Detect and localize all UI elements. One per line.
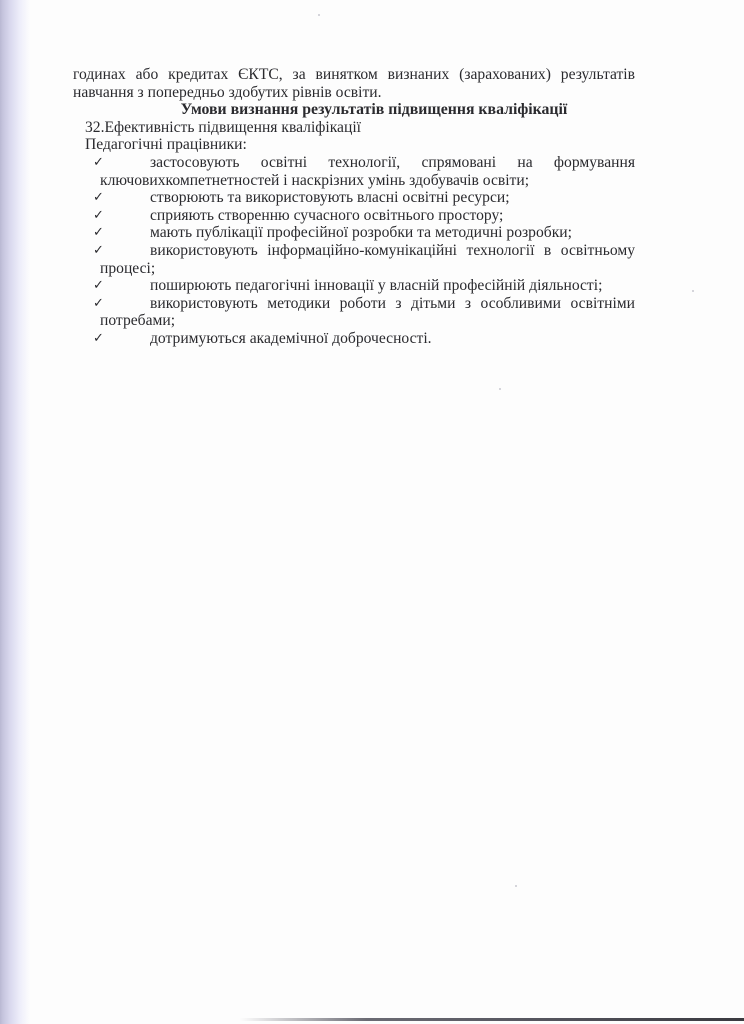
- checkmark-icon: ✓: [93, 295, 104, 313]
- checkmark-icon: ✓: [93, 154, 104, 172]
- checkmark-icon: ✓: [93, 277, 104, 295]
- list-item: ✓сприяють створенню сучасного освітнього…: [73, 207, 635, 225]
- list-item: ✓створюють та використовують власні осві…: [73, 189, 635, 207]
- checkmark-icon: ✓: [93, 189, 104, 207]
- scan-speck: [318, 14, 320, 16]
- scan-speck: [499, 388, 501, 390]
- document-page: годинах або кредитах ЄКТС, за винятком в…: [73, 66, 635, 348]
- checkmark-icon: ✓: [93, 224, 104, 242]
- list-item-text: використовують інформаційно-комунікаційн…: [100, 242, 635, 277]
- item-title: 32.Ефективність підвищення кваліфікації: [73, 119, 635, 137]
- list-item: ✓дотримуються академічної доброчесності.: [73, 330, 635, 348]
- list-item: ✓поширюють педагогічні інновації у власн…: [73, 277, 635, 295]
- scan-bottom-line: [240, 1018, 744, 1021]
- requirements-list: ✓застосовують освітні технології, спрямо…: [73, 154, 635, 348]
- intro-paragraph: годинах або кредитах ЄКТС, за винятком в…: [73, 66, 635, 101]
- list-item-text: сприяють створенню сучасного освітнього …: [150, 207, 503, 224]
- checkmark-icon: ✓: [93, 207, 104, 225]
- scan-speck: [515, 885, 517, 887]
- list-item: ✓використовують інформаційно-комунікацій…: [73, 242, 635, 277]
- list-item-text: використовують методики роботи з дітьми …: [100, 295, 635, 330]
- list-item: ✓мають публікації професійної розробки т…: [73, 224, 635, 242]
- scan-speck: [692, 290, 694, 292]
- list-item-text: мають публікації професійної розробки та…: [150, 224, 572, 241]
- list-item: ✓використовують методики роботи з дітьми…: [73, 295, 635, 330]
- list-item-text: поширюють педагогічні інновації у власні…: [150, 277, 602, 294]
- list-item-text: застосовують освітні технології, спрямов…: [100, 154, 635, 189]
- checkmark-icon: ✓: [93, 242, 104, 260]
- section-heading: Умови визнання результатів підвищення кв…: [73, 101, 635, 119]
- list-item-text: створюють та використовують власні освіт…: [150, 189, 510, 206]
- checkmark-icon: ✓: [93, 330, 104, 348]
- scan-shadow-edge: [0, 0, 30, 1024]
- list-intro: Педагогічні працівники:: [73, 136, 635, 154]
- list-item: ✓застосовують освітні технології, спрямо…: [73, 154, 635, 189]
- list-item-text: дотримуються академічної доброчесності.: [150, 330, 432, 347]
